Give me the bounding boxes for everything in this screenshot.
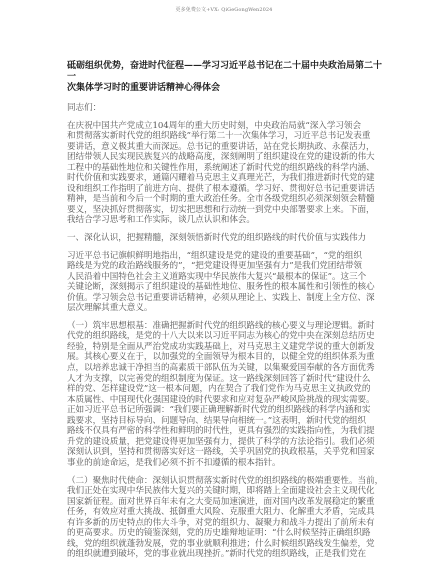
text-line: （二）聚焦时代使命：深刻认识贯彻落实新时代党的组织路线的极端重要性。当前， <box>67 476 385 487</box>
paragraph-intro: 在庆祝中国共产党成立104周年的重大历史时刻，中央政治局就“深入学习领会 和贯彻… <box>67 121 385 226</box>
text-line: 设和组织工作指明了前进方向、提供了根本遵循。学习好、贯彻好总书记重要讲话 <box>67 184 385 195</box>
text-line: 线，党的组织就蓬勃发展，党的事业就顺利推进；什么时候组织路线发生偏差，党 <box>67 539 385 550</box>
text-line: 习近平总书记旗帜鲜明地指出，“组织建设是党的建设的重要基础”，“党的组织 <box>67 251 385 262</box>
salutation: 同志们： <box>67 103 385 114</box>
text-line: 正如习近平总书记所强调：“我们要正确理解新时代党的组织路线的科学内涵和实 <box>67 405 385 416</box>
text-line: 我结合学习思考和工作实际，谈几点认识和体会。 <box>67 215 385 226</box>
text-line: 我们正处在实现中华民族伟大复兴的关键时期，即将踏上全面建设社会主义现代化 <box>67 486 385 497</box>
text-line: 深刻认识到，坚持和贯彻落实好这一路线，关乎巩固党的执政根基，关乎党和国家 <box>67 447 385 458</box>
text-line: （一）筑牢思想根基：准确把握新时代党的组织路线的核心要义与理论逻辑。新时 <box>67 321 385 332</box>
text-line: 要义，坚决抓好贯彻落实，切实把思想和行动统一到党中央部署要求上来。下面， <box>67 205 385 216</box>
text-line: 点，以培养忠诚干净担当的高素质干部队伍为关键，以集聚爱国奉献的各方面优秀 <box>67 363 385 374</box>
text-line: 的更高要求。历史的镜鉴深刻，党的历史雄辩地证明：“什么时候坚持正确组织路 <box>67 528 385 539</box>
text-line: 展。其核心要义在于，以加强党的全面领导为根本目的，以健全党的组织体系为重 <box>67 352 385 363</box>
text-line: 人民沿着中国特色社会主义道路实现中华民族伟大复兴“最根本的保证”。这三个 <box>67 272 385 283</box>
text-line: 精神，是当前和今后一个时期的重大政治任务。全市各级党组织必须深刻领会精髓 <box>67 194 385 205</box>
paragraph-section-1-intro: 习近平总书记旗帜鲜明地指出，“组织建设是党的建设的重要基础”，“党的组织 路线是… <box>67 251 385 314</box>
text-line: 有许多新的历史特点的伟大斗争，对党的组织力、凝聚力和战斗力提出了前所未有 <box>67 518 385 529</box>
text-line: 人才为支撑，以完善党的组织制度为保证。这一路线深刻回答了新时代“建设什么 <box>67 374 385 385</box>
text-line: 任务，有效应对重大挑战、抵御重大风险、克服重大阻力、化解重大矛盾，完成具 <box>67 507 385 518</box>
text-line: 样的党、怎样建设党”这一根本问题，内在契合了我们党作为马克思主义执政党的 <box>67 384 385 395</box>
text-line: 时代价值和实践要求，通篇闪耀着马克思主义真理光芒，为我们推进新时代党的建 <box>67 173 385 184</box>
text-line: 代党的组织路线，是党的十八大以来以习近平同志为核心的党中央在深刻总结历史 <box>67 331 385 342</box>
page-header-watermark: 更多免费公文+VX: QiGeGongWen2024 <box>0 6 448 13</box>
text-line: 和贯彻落实新时代党的组织路线”举行第二十一次集体学习，习近平总书记发表重 <box>67 131 385 142</box>
text-line: 本质属性、中国现代化强国建设的时代要求和应对复杂严峻风险挑战的现实需要。 <box>67 395 385 406</box>
text-line: 要讲话，意义极其重大而深远。总书记的重要讲话，站在党长期执政、永葆活力， <box>67 142 385 153</box>
section-heading-1: 一、深化认识，把握精髓，深刻领悟新时代党的组织路线的时代价值与实践伟力 <box>67 233 385 244</box>
text-line: 价值。学习领会总书记重要讲话精神，必须从理论上、实践上、制度上全方位、深 <box>67 293 385 304</box>
title-line: 砥砺组织优势，奋进时代征程——学习习近平总书记在二十届中央政治局第二十一 <box>67 61 385 83</box>
text-line: 经验，特别是全面从严治党成功实践基础上，对马克思主义建党学说的重大创新发 <box>67 342 385 353</box>
text-line: 工程中的基础性地位和关键性作用，系统阐述了新时代党的组织路线的科学内涵、 <box>67 163 385 174</box>
document-title: 砥砺组织优势，奋进时代征程——学习习近平总书记在二十届中央政治局第二十一 次集体… <box>67 61 385 94</box>
text-line: 团结带领人民实现民族复兴的战略高度，深刻阐明了组织建设在党的建设新的伟大 <box>67 152 385 163</box>
paragraph-subsection-2: （二）聚焦时代使命：深刻认识贯彻落实新时代党的组织路线的极端重要性。当前， 我们… <box>67 476 385 560</box>
paragraph-subsection-1: （一）筑牢思想根基：准确把握新时代党的组织路线的核心要义与理论逻辑。新时 代党的… <box>67 321 385 469</box>
text-line: 事业的前途命运，是我们必须不折不扣遵循的根本指针。 <box>67 458 385 469</box>
text-line: 路线不仅具有严密的科学性和鲜明的时代性，更具有强烈的实践指向性，为我们提 <box>67 426 385 437</box>
text-line: 在庆祝中国共产党成立104周年的重大历史时刻，中央政治局就“深入学习领会 <box>67 121 385 132</box>
document-page: 砥砺组织优势，奋进时代征程——学习习近平总书记在二十届中央政治局第二十一 次集体… <box>67 61 385 560</box>
text-line: 升党的建设质量，把党建设得更加坚强有力，提供了科学的方法论指引。我们必须 <box>67 437 385 448</box>
text-line: 关键论断，深刻揭示了组织建设的基础性地位、服务性的根本属性和引领性的核心 <box>67 282 385 293</box>
text-line: 路线是为党的政治路线服务的”，“把党建设得更加坚强有力”是我们党团结带领 <box>67 261 385 272</box>
text-line: 的组织就遭到破坏，党的事业就出现挫折。”新时代党的组织路线，正是我们党在 <box>67 549 385 560</box>
text-line: 层次理解其重大意义。 <box>67 303 385 314</box>
text-line: 践要求，坚持目标导向、问题导向、结果导向相统一。”这表明，新时代党的组织 <box>67 416 385 427</box>
title-line: 次集体学习时的重要讲话精神心得体会 <box>67 83 385 94</box>
text-line: 国家新征程。面对世界百年未有之大变局加速演进，面对国内改革发展稳定的繁重 <box>67 497 385 508</box>
